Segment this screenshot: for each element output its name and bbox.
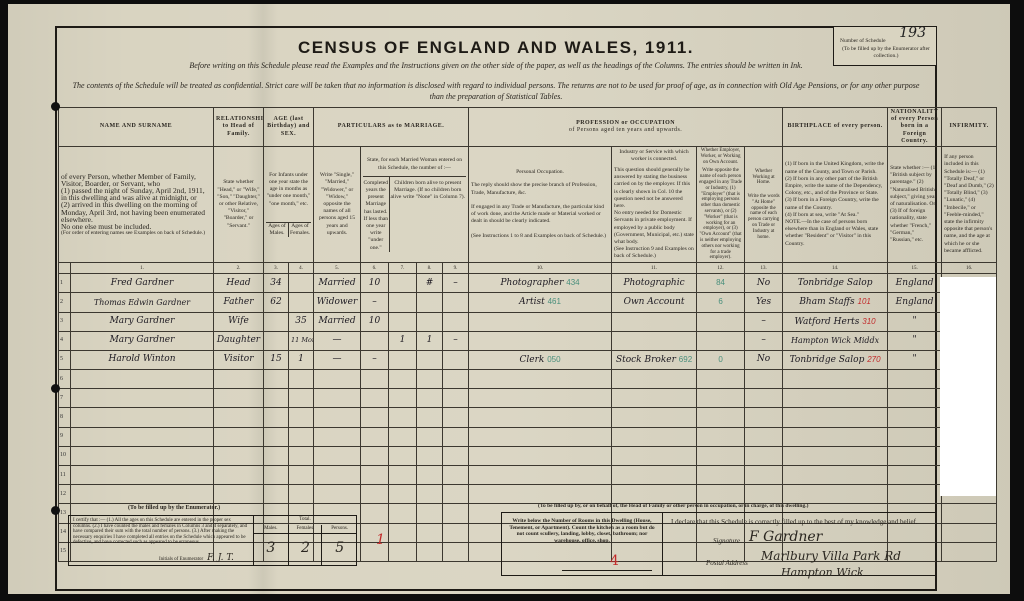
industry <box>612 312 697 331</box>
schedule-number-note: (To be filled up by the Enumerator after… <box>840 46 932 60</box>
postal-address-line2: Hampton Wick <box>781 566 864 579</box>
person-name: Mary Gardner <box>71 312 214 331</box>
col-industry-instructions: Industry or Service with which worker is… <box>612 147 697 263</box>
working-at-home: No <box>745 274 783 293</box>
schedule-number: 193 <box>899 25 926 41</box>
postal-address-label: Postal Address <box>706 559 748 567</box>
age-male <box>264 331 289 350</box>
redacted-infirmity-block <box>940 277 996 496</box>
employer-status <box>697 312 745 331</box>
rooms-box: Write below the Number of Rooms in this … <box>501 512 663 576</box>
children-living <box>417 293 443 312</box>
children-total <box>389 312 417 331</box>
marital-status: Married <box>314 312 361 331</box>
table-row: 5 Harold Winton Visitor 15 1 — – Clerk 0… <box>59 350 997 369</box>
birthplace: Bham Staffs 101 <box>783 293 888 312</box>
employer-status: 6 <box>697 293 745 312</box>
col-relationship-instructions: State whether "Head," or "Wife," "Son," … <box>214 147 264 263</box>
children-total <box>389 350 417 369</box>
nationality: " <box>888 331 942 350</box>
signature: F Gardner <box>749 529 822 545</box>
birthplace: Watford Herts 310 <box>783 312 888 331</box>
census-table: NAME AND SURNAME RELATIONSHIP to Head of… <box>58 107 997 562</box>
table-row: 2 Thomas Edwin Gardner Father 62 Widower… <box>59 293 997 312</box>
page-title: CENSUS OF ENGLAND AND WALES, 1911. <box>57 38 935 58</box>
total-females: 2 <box>289 540 323 556</box>
postal-address-line1: Marlbury Villa Park Rd <box>761 549 901 563</box>
header-red-mark: 270 <box>848 263 865 265</box>
col-nationality-header: NATIONALITY of every Person born in a Fo… <box>888 108 942 147</box>
person-name: Thomas Edwin Gardner <box>71 293 214 312</box>
years-married: – <box>361 350 389 369</box>
empty-row: 12 <box>59 485 997 504</box>
person-name: Harold Winton <box>71 350 214 369</box>
census-schedule-paper: CENSUS OF ENGLAND AND WALES, 1911. Befor… <box>8 4 1010 594</box>
person-name: Mary Gardner <box>71 331 214 350</box>
years-married <box>361 331 389 350</box>
relationship: Daughter <box>214 331 264 350</box>
children-total: 1 <box>389 331 417 350</box>
employer-status: 0 <box>697 350 745 369</box>
occupation: Clerk 050 <box>469 350 612 369</box>
totals-box: Total. Males.3 Females.2 Persons.5 <box>253 516 356 565</box>
col-name-header: NAME AND SURNAME <box>59 108 214 147</box>
col-occupation-header: PROFESSION or OCCUPATIONof Persons aged … <box>469 108 783 147</box>
birthplace: Tonbridge Salop <box>783 274 888 293</box>
col-infirmity-header: INFIRMITY. <box>942 108 997 147</box>
total-males: 3 <box>254 540 288 556</box>
age-male: 15 <box>264 350 289 369</box>
birthplace: Tonbridge Salop 270 <box>783 350 888 369</box>
relationship: Head <box>214 274 264 293</box>
children-died <box>443 350 469 369</box>
age-female: 1 <box>289 350 314 369</box>
industry <box>612 331 697 350</box>
col-relationship-header: RELATIONSHIP to Head of Family. <box>214 108 264 147</box>
age-male: 34 <box>264 274 289 293</box>
binding-hole <box>51 506 60 515</box>
birthplace: Hampton Wick Middx <box>783 331 888 350</box>
table-row: 4 Mary Gardner Daughter 11 Months — 1 1 … <box>59 331 997 350</box>
occupier-caption: (To be filled up by, or on behalf of, th… <box>538 503 808 509</box>
rooms-instructions: Write below the Number of Rooms in this … <box>507 518 657 544</box>
employer-status <box>697 331 745 350</box>
col-infirmity-instructions: If any person included in this Schedule … <box>942 147 997 263</box>
empty-row: 8 <box>59 408 997 427</box>
marital-status: — <box>314 350 361 369</box>
col-personal-occupation-instructions: Personal Occupation. The reply should sh… <box>469 147 612 263</box>
person-name: Fred Gardner <box>71 274 214 293</box>
col-birthplace-header: BIRTHPLACE of every person. <box>783 108 888 147</box>
age-male: 62 <box>264 293 289 312</box>
col-nationality-instructions: State whether :— (1) "British subject by… <box>888 147 942 263</box>
industry: Own Account <box>612 293 697 312</box>
subtitle-instructions: Before writing on this Schedule please r… <box>57 61 935 70</box>
col-home-instructions: Whether Working at Home. Write the words… <box>745 147 783 263</box>
confidential-notice: The contents of the Schedule will be tre… <box>69 80 923 102</box>
age-female: 35 <box>289 312 314 331</box>
binding-hole <box>51 384 60 393</box>
children-living: 1 <box>417 331 443 350</box>
enumerator-certification-box: I certify that :— (1.) All the ages on t… <box>68 515 357 566</box>
occupation: Artist 461 <box>469 293 612 312</box>
col-age-instructions: For Infants under one year state the age… <box>264 147 314 263</box>
empty-row: 9 <box>59 427 997 446</box>
col-name-instructions: of every Person, whether Member of Famil… <box>59 147 214 263</box>
children-died: – <box>443 331 469 350</box>
declaration-box: I declare that this Schedule is correctl… <box>661 512 937 576</box>
col-marriage-header: PARTICULARS as to MARRIAGE. <box>314 108 469 147</box>
binding-hole <box>51 102 60 111</box>
marital-status: Married <box>314 274 361 293</box>
children-died <box>443 293 469 312</box>
schedule-number-box: Number of Schedule 193 (To be filled up … <box>833 26 937 66</box>
marital-status: Widower <box>314 293 361 312</box>
col-marital-status-instructions: Write "Single," "Married," "Widower," or… <box>314 147 361 263</box>
declaration-text: I declare that this Schedule is correctl… <box>671 518 918 526</box>
occupation <box>469 331 612 350</box>
empty-row: 11 <box>59 466 997 485</box>
enumerator-certify-text: I certify that :— (1.) All the ages on t… <box>73 518 248 546</box>
children-living <box>417 350 443 369</box>
children-died: – <box>443 274 469 293</box>
schedule-number-label: Number of Schedule <box>840 38 886 44</box>
children-died <box>443 312 469 331</box>
nationality: " <box>888 350 942 369</box>
industry: Photographic <box>612 274 697 293</box>
col-age-header: AGE (last Birthday) and SEX. <box>264 108 314 147</box>
signature-label: Signature <box>713 537 740 545</box>
table-row: 3 Mary Gardner Wife 35 Married 10 – Watf… <box>59 312 997 331</box>
nationality: " <box>888 312 942 331</box>
age-female <box>289 293 314 312</box>
years-married: – <box>361 293 389 312</box>
column-number-row: 1. 2. 3. 4. 5. 6. 7. 8. 9. 10. 11. 12. 1… <box>59 263 997 274</box>
empty-row: 7 <box>59 389 997 408</box>
children-living: # <box>417 274 443 293</box>
age-female <box>289 274 314 293</box>
marital-status: — <box>314 331 361 350</box>
nationality: England <box>888 274 942 293</box>
employer-status: 84 <box>697 274 745 293</box>
years-married: 10 <box>361 312 389 331</box>
col-employer-instructions: Whether Employer, Worker, or Working on … <box>697 147 745 263</box>
occupation: Photographer 434 <box>469 274 612 293</box>
working-at-home: Yes <box>745 293 783 312</box>
occupation <box>469 312 612 331</box>
col-birthplace-instructions: (1) If born in the United Kingdom, write… <box>783 147 888 263</box>
enumerator-initials: Initials of EnumeratorF. J. T. <box>159 553 234 563</box>
years-married: 10 <box>361 274 389 293</box>
red-tally-mark: 1 <box>376 532 385 548</box>
industry: Stock Broker 692 <box>612 350 697 369</box>
children-total <box>389 293 417 312</box>
age-female: 11 Months <box>289 331 314 350</box>
table-row: 1 Fred Gardner Head 34 Married 10 # – Ph… <box>59 274 997 293</box>
children-living <box>417 312 443 331</box>
nationality: England <box>888 293 942 312</box>
relationship: Visitor <box>214 350 264 369</box>
children-total <box>389 274 417 293</box>
relationship: Father <box>214 293 264 312</box>
col-married-woman-instructions: State, for each Married Woman entered on… <box>361 147 469 263</box>
empty-row: 6 <box>59 370 997 389</box>
rooms-count: 4 <box>610 553 619 569</box>
total-persons: 5 <box>322 540 357 556</box>
relationship: Wife <box>214 312 264 331</box>
enumerator-caption: (To be filled up by the Enumerator.) <box>128 505 220 511</box>
empty-row: 10 <box>59 446 997 465</box>
age-male <box>264 312 289 331</box>
working-at-home: – <box>745 312 783 331</box>
working-at-home: – <box>745 331 783 350</box>
working-at-home: No <box>745 350 783 369</box>
